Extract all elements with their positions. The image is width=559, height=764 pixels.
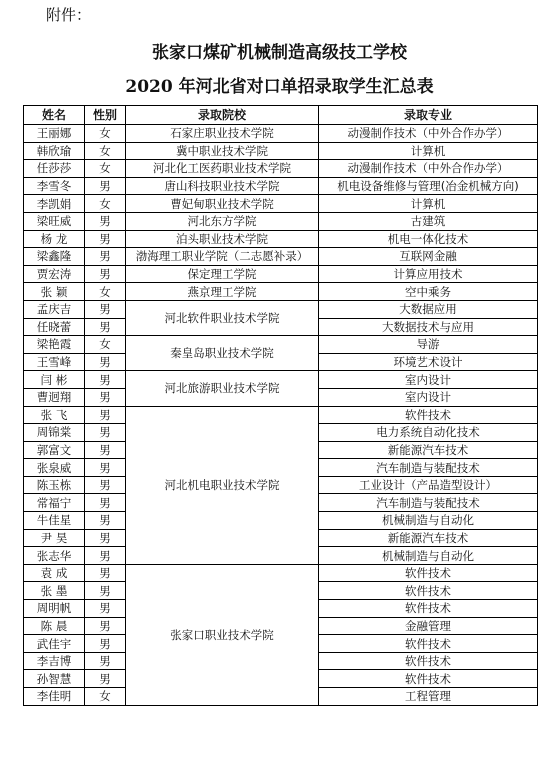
- school-cell: 唐山科技职业技术学院: [126, 177, 319, 195]
- major-cell: 计算机: [319, 195, 538, 213]
- student-name-cell: 孟庆吉: [24, 300, 85, 318]
- major-cell: 机械制造与自动化: [319, 547, 538, 565]
- major-cell: 机械制造与自动化: [319, 512, 538, 530]
- gender-cell: 女: [85, 125, 126, 143]
- table-row: 孟庆吉男河北软件职业技术学院大数据应用: [24, 300, 538, 318]
- table-row: 李雪冬男唐山科技职业技术学院机电设备维修与管理(冶金机械方向): [24, 177, 538, 195]
- school-cell: 河北软件职业技术学院: [126, 300, 319, 335]
- major-cell: 环境艺术设计: [319, 353, 538, 371]
- school-cell: 张家口职业技术学院: [126, 564, 319, 705]
- major-cell: 导游: [319, 336, 538, 354]
- gender-cell: 男: [85, 265, 126, 283]
- major-cell: 动漫制作技术（中外合作办学）: [319, 125, 538, 143]
- school-cell: 河北东方学院: [126, 212, 319, 230]
- gender-cell: 男: [85, 177, 126, 195]
- gender-cell: 男: [85, 529, 126, 547]
- school-cell: 石家庄职业技术学院: [126, 125, 319, 143]
- table-row: 任莎莎女河北化工医药职业技术学院动漫制作技术（中外合作办学）: [24, 160, 538, 178]
- gender-cell: 男: [85, 371, 126, 389]
- table-row: 梁鑫隆男渤海理工职业学院（二志愿补录）互联网金融: [24, 248, 538, 266]
- major-cell: 机电设备维修与管理(冶金机械方向): [319, 177, 538, 195]
- school-cell: 河北化工医药职业技术学院: [126, 160, 319, 178]
- student-name-cell: 杨 龙: [24, 230, 85, 248]
- student-name-cell: 李佳明: [24, 688, 85, 706]
- table-row: 张 颖女燕京理工学院空中乘务: [24, 283, 538, 301]
- major-cell: 金融管理: [319, 617, 538, 635]
- student-name-cell: 王丽娜: [24, 125, 85, 143]
- table-row: 贾宏涛男保定理工学院计算应用技术: [24, 265, 538, 283]
- header-gender: 性别: [85, 106, 126, 125]
- student-name-cell: 尹 昊: [24, 529, 85, 547]
- student-name-cell: 梁鑫隆: [24, 248, 85, 266]
- major-cell: 新能源汽车技术: [319, 529, 538, 547]
- student-name-cell: 孙智慧: [24, 670, 85, 688]
- school-cell: 泊头职业技术学院: [126, 230, 319, 248]
- gender-cell: 男: [85, 617, 126, 635]
- school-cell: 渤海理工职业学院（二志愿补录）: [126, 248, 319, 266]
- table-row: 李凯娟女曹妃甸职业技术学院计算机: [24, 195, 538, 213]
- gender-cell: 男: [85, 318, 126, 336]
- school-cell: 燕京理工学院: [126, 283, 319, 301]
- school-cell: 河北机电职业技术学院: [126, 406, 319, 564]
- student-name-cell: 任莎莎: [24, 160, 85, 178]
- gender-cell: 男: [85, 547, 126, 565]
- student-name-cell: 曹迥翔: [24, 388, 85, 406]
- major-cell: 动漫制作技术（中外合作办学）: [319, 160, 538, 178]
- table-body: 王丽娜女石家庄职业技术学院动漫制作技术（中外合作办学）韩欣瑜女冀中职业技术学院计…: [24, 125, 538, 706]
- student-name-cell: 张志华: [24, 547, 85, 565]
- major-cell: 工程管理: [319, 688, 538, 706]
- major-cell: 汽车制造与装配技术: [319, 459, 538, 477]
- document-title-summary: 2020 年河北省对口单招录取学生汇总表: [0, 72, 559, 97]
- table-header-row: 姓名 性别 录取院校 录取专业: [24, 106, 538, 125]
- table-row: 张 飞男河北机电职业技术学院软件技术: [24, 406, 538, 424]
- table-row: 袁 成男张家口职业技术学院软件技术: [24, 564, 538, 582]
- major-cell: 工业设计（产品造型设计）: [319, 476, 538, 494]
- major-cell: 软件技术: [319, 670, 538, 688]
- student-name-cell: 周锦棠: [24, 424, 85, 442]
- school-cell: 保定理工学院: [126, 265, 319, 283]
- student-name-cell: 韩欣瑜: [24, 142, 85, 160]
- student-name-cell: 陈 晨: [24, 617, 85, 635]
- student-name-cell: 梁旺威: [24, 212, 85, 230]
- gender-cell: 男: [85, 441, 126, 459]
- student-name-cell: 李凯娟: [24, 195, 85, 213]
- gender-cell: 男: [85, 388, 126, 406]
- student-name-cell: 李雪冬: [24, 177, 85, 195]
- major-cell: 软件技术: [319, 406, 538, 424]
- major-cell: 机电一体化技术: [319, 230, 538, 248]
- gender-cell: 男: [85, 300, 126, 318]
- gender-cell: 男: [85, 635, 126, 653]
- student-name-cell: 张 飞: [24, 406, 85, 424]
- gender-cell: 女: [85, 195, 126, 213]
- gender-cell: 男: [85, 564, 126, 582]
- student-name-cell: 常福宁: [24, 494, 85, 512]
- major-cell: 室内设计: [319, 388, 538, 406]
- school-cell: 秦皇岛职业技术学院: [126, 336, 319, 371]
- document-title-school: 张家口煤矿机械制造高级技工学校: [0, 38, 559, 63]
- header-school: 录取院校: [126, 106, 319, 125]
- major-cell: 互联网金融: [319, 248, 538, 266]
- table-row: 闫 彬男河北旅游职业技术学院室内设计: [24, 371, 538, 389]
- school-cell: 冀中职业技术学院: [126, 142, 319, 160]
- student-name-cell: 张泉威: [24, 459, 85, 477]
- school-cell: 曹妃甸职业技术学院: [126, 195, 319, 213]
- table-row: 王丽娜女石家庄职业技术学院动漫制作技术（中外合作办学）: [24, 125, 538, 143]
- student-name-cell: 贾宏涛: [24, 265, 85, 283]
- gender-cell: 女: [85, 688, 126, 706]
- major-cell: 大数据应用: [319, 300, 538, 318]
- student-name-cell: 张 颖: [24, 283, 85, 301]
- gender-cell: 男: [85, 212, 126, 230]
- student-name-cell: 李吉博: [24, 652, 85, 670]
- major-cell: 新能源汽车技术: [319, 441, 538, 459]
- table-row: 杨 龙男泊头职业技术学院机电一体化技术: [24, 230, 538, 248]
- header-name: 姓名: [24, 106, 85, 125]
- table-row: 梁旺威男河北东方学院古建筑: [24, 212, 538, 230]
- gender-cell: 男: [85, 459, 126, 477]
- table-row: 梁艳霞女秦皇岛职业技术学院导游: [24, 336, 538, 354]
- student-name-cell: 王雪峰: [24, 353, 85, 371]
- gender-cell: 男: [85, 424, 126, 442]
- major-cell: 计算机: [319, 142, 538, 160]
- major-cell: 软件技术: [319, 582, 538, 600]
- major-cell: 软件技术: [319, 652, 538, 670]
- gender-cell: 女: [85, 336, 126, 354]
- header-major: 录取专业: [319, 106, 538, 125]
- student-name-cell: 周明帆: [24, 600, 85, 618]
- major-cell: 汽车制造与装配技术: [319, 494, 538, 512]
- gender-cell: 男: [85, 406, 126, 424]
- gender-cell: 男: [85, 582, 126, 600]
- gender-cell: 女: [85, 142, 126, 160]
- gender-cell: 女: [85, 283, 126, 301]
- gender-cell: 男: [85, 494, 126, 512]
- major-cell: 软件技术: [319, 564, 538, 582]
- table-row: 韩欣瑜女冀中职业技术学院计算机: [24, 142, 538, 160]
- gender-cell: 男: [85, 230, 126, 248]
- admissions-table: 姓名 性别 录取院校 录取专业 王丽娜女石家庄职业技术学院动漫制作技术（中外合作…: [23, 105, 538, 706]
- student-name-cell: 武佳宇: [24, 635, 85, 653]
- gender-cell: 男: [85, 476, 126, 494]
- major-cell: 软件技术: [319, 635, 538, 653]
- major-cell: 大数据技术与应用: [319, 318, 538, 336]
- gender-cell: 男: [85, 512, 126, 530]
- major-cell: 电力系统自动化技术: [319, 424, 538, 442]
- student-name-cell: 郭富文: [24, 441, 85, 459]
- student-name-cell: 梁艳霞: [24, 336, 85, 354]
- student-name-cell: 牛佳星: [24, 512, 85, 530]
- student-name-cell: 闫 彬: [24, 371, 85, 389]
- attachment-label: 附件：: [46, 4, 91, 25]
- major-cell: 计算应用技术: [319, 265, 538, 283]
- student-name-cell: 任晓蕾: [24, 318, 85, 336]
- gender-cell: 女: [85, 160, 126, 178]
- gender-cell: 男: [85, 353, 126, 371]
- major-cell: 软件技术: [319, 600, 538, 618]
- school-cell: 河北旅游职业技术学院: [126, 371, 319, 406]
- student-name-cell: 陈玉栋: [24, 476, 85, 494]
- gender-cell: 男: [85, 652, 126, 670]
- gender-cell: 男: [85, 670, 126, 688]
- student-name-cell: 袁 成: [24, 564, 85, 582]
- major-cell: 古建筑: [319, 212, 538, 230]
- student-name-cell: 张 墨: [24, 582, 85, 600]
- major-cell: 空中乘务: [319, 283, 538, 301]
- gender-cell: 男: [85, 600, 126, 618]
- major-cell: 室内设计: [319, 371, 538, 389]
- gender-cell: 男: [85, 248, 126, 266]
